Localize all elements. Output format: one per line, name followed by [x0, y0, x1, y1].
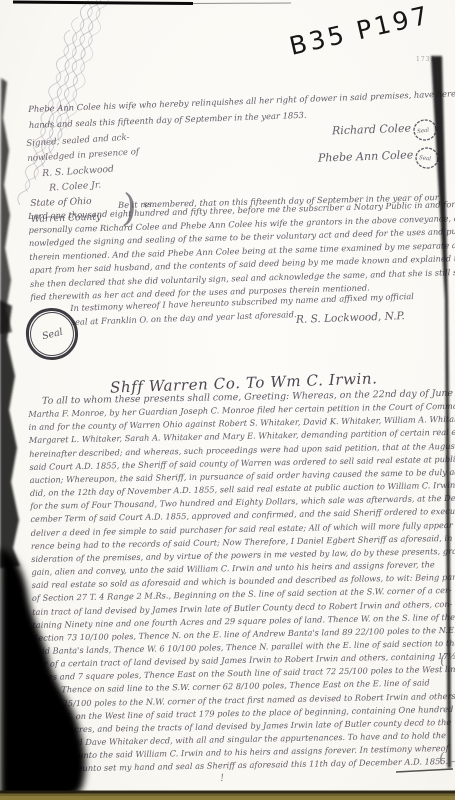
- margin-paren-mark: (: [440, 652, 445, 668]
- left-ink-band-lower: [0, 300, 20, 568]
- book-page-annotation: B35 P197: [287, 0, 434, 61]
- corner-stamp-mark: 1731: [416, 56, 435, 63]
- bottom-edge-dark-line: [0, 791, 455, 794]
- seal-scribble-icon: Seal: [413, 145, 441, 172]
- deed-record-page-scan: Phebe Ann Colee his wife who hereby reli…: [0, 0, 455, 800]
- seal-scribble-icon: Seal: [410, 116, 439, 143]
- notary-seal-label: Seal: [41, 326, 64, 342]
- signature-phebe-ann-colee: Phebe Ann Colee: [318, 148, 414, 164]
- signature-richard-colee: Richard Colee: [332, 122, 411, 138]
- stray-ink-mark: !: [219, 773, 224, 784]
- margin-paren-mark: (: [439, 750, 444, 766]
- acknowledgment-block: Lord one thousand eight hundred and fift…: [28, 197, 455, 305]
- seal-word: Seal: [419, 155, 432, 162]
- top-edge-line: [13, 2, 193, 4]
- notary-signature: R. S. Lockwood, N.P.: [296, 310, 405, 326]
- bottom-right-rule: [396, 769, 453, 772]
- bottom-edge-band-shade: [0, 794, 455, 797]
- sheriff-deed-block: To all to whom these presents shall come…: [28, 386, 455, 777]
- left-ink-band-upper: [0, 78, 12, 334]
- notary-seal-inner-ring: Seal: [28, 310, 76, 358]
- bottom-edge-band: [0, 794, 455, 800]
- seal-word: Seal: [417, 127, 430, 135]
- top-edge-line-faint: [193, 3, 291, 4]
